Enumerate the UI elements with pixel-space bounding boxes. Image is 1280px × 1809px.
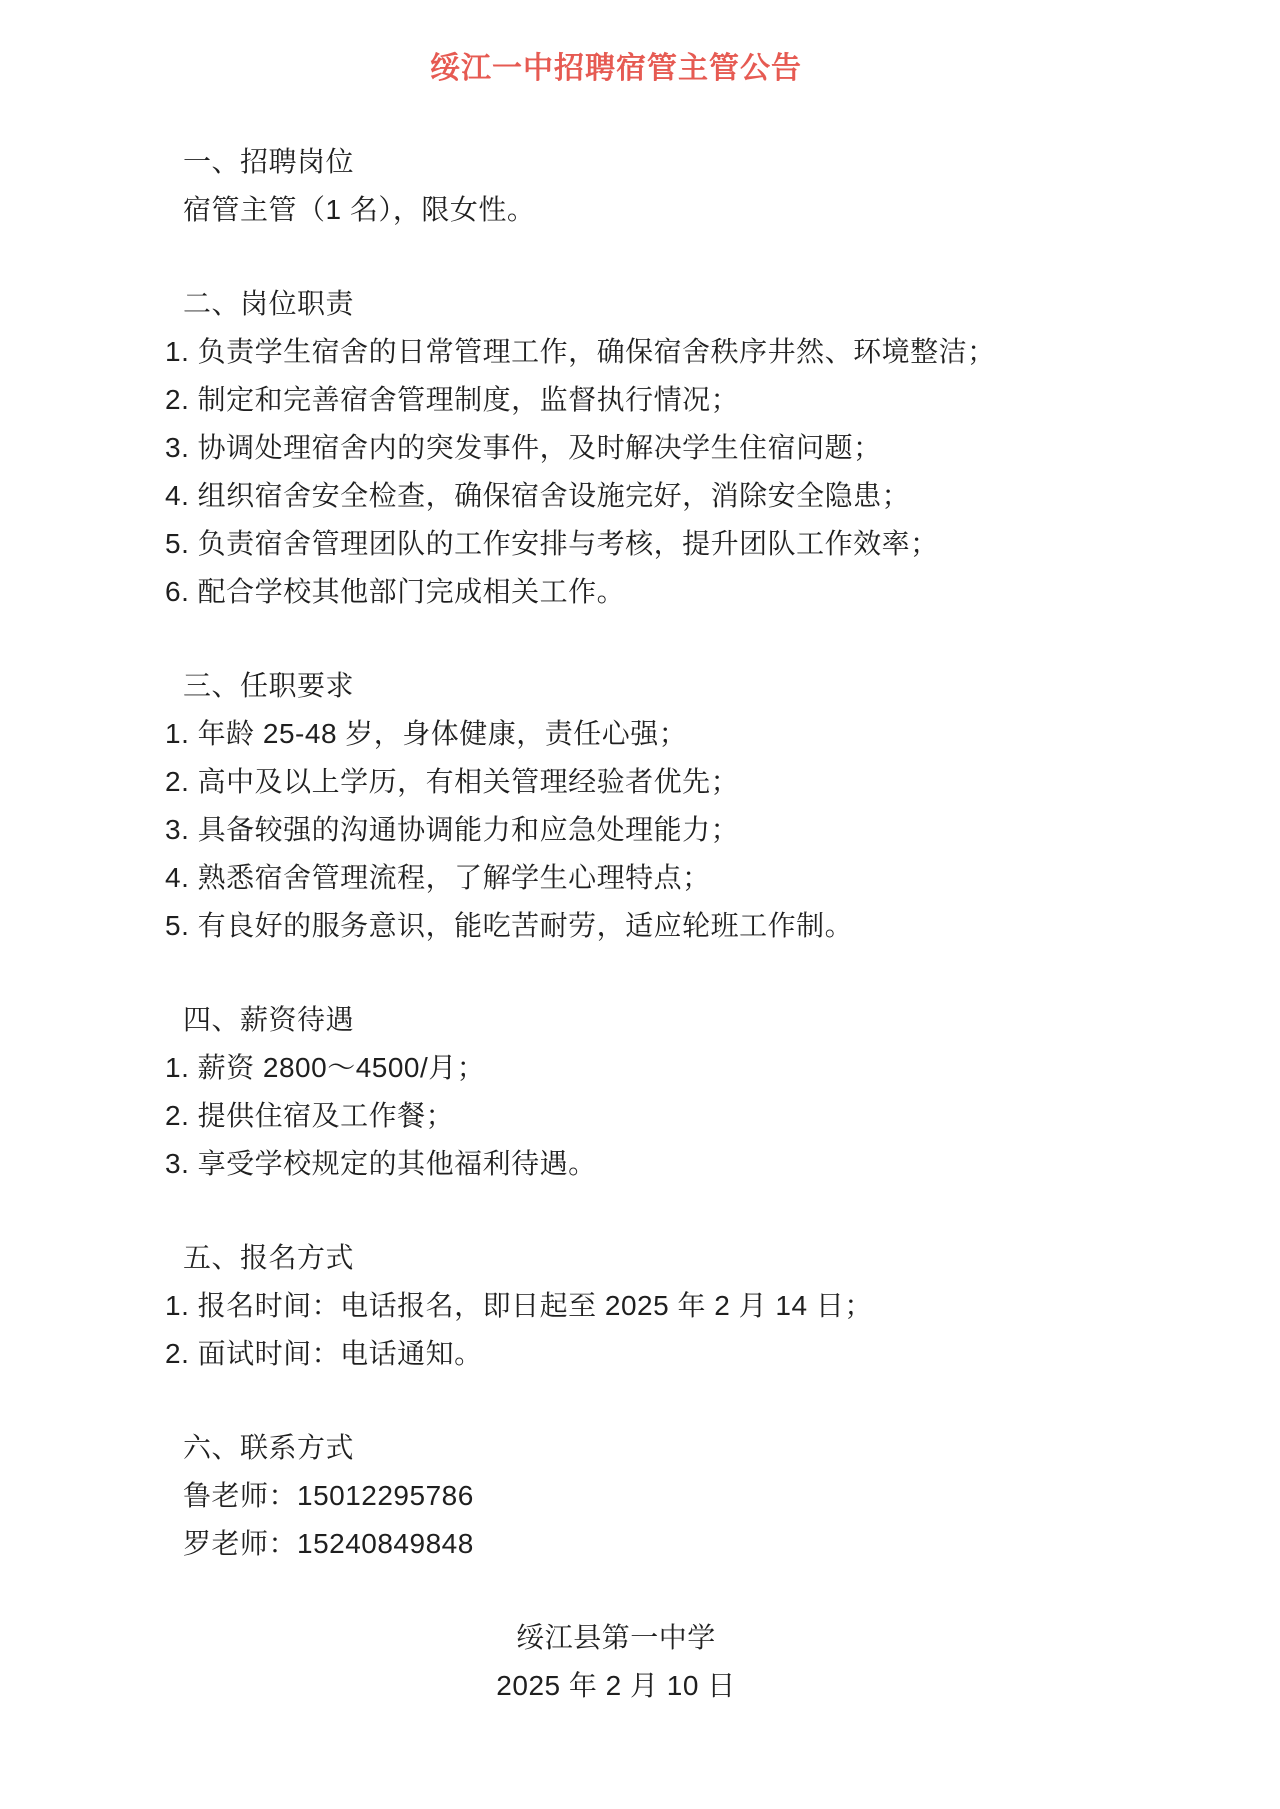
- section-heading: 六、联系方式: [183, 1424, 1130, 1472]
- section-recruitment-position: 一、招聘岗位 宿管主管（1 名），限女性。: [183, 138, 1130, 234]
- section-heading: 五、报名方式: [183, 1234, 1130, 1282]
- requirement-item: 5. 有良好的服务意识，能吃苦耐劳，适应轮班工作制。: [165, 902, 1130, 950]
- duty-item: 6. 配合学校其他部门完成相关工作。: [165, 568, 1130, 616]
- position-line: 宿管主管（1 名），限女性。: [183, 186, 1130, 234]
- section-heading: 一、招聘岗位: [183, 138, 1130, 186]
- section-salary: 四、薪资待遇 1. 薪资 2800～4500/月； 2. 提供住宿及工作餐； 3…: [183, 996, 1130, 1188]
- section-application: 五、报名方式 1. 报名时间：电话报名，即日起至 2025 年 2 月 14 日…: [183, 1234, 1130, 1378]
- salary-item: 3. 享受学校规定的其他福利待遇。: [165, 1140, 1130, 1188]
- contact-line: 鲁老师：15012295786: [183, 1472, 1130, 1520]
- requirement-item: 1. 年龄 25-48 岁，身体健康，责任心强；: [165, 710, 1130, 758]
- duty-item: 5. 负责宿舍管理团队的工作安排与考核，提升团队工作效率；: [165, 520, 1130, 568]
- duty-item: 3. 协调处理宿舍内的突发事件，及时解决学生住宿问题；: [165, 424, 1130, 472]
- application-item: 1. 报名时间：电话报名，即日起至 2025 年 2 月 14 日；: [165, 1282, 1130, 1330]
- contact-line: 罗老师：15240849848: [183, 1520, 1130, 1568]
- document-body: 一、招聘岗位 宿管主管（1 名），限女性。 二、岗位职责 1. 负责学生宿舍的日…: [0, 138, 1280, 1568]
- signature-date: 2025 年 2 月 10 日: [0, 1662, 1232, 1710]
- section-requirements: 三、任职要求 1. 年龄 25-48 岁，身体健康，责任心强； 2. 高中及以上…: [183, 662, 1130, 950]
- requirement-item: 2. 高中及以上学历，有相关管理经验者优先；: [165, 758, 1130, 806]
- section-heading: 二、岗位职责: [183, 280, 1130, 328]
- duty-item: 2. 制定和完善宿舍管理制度，监督执行情况；: [165, 376, 1130, 424]
- page-title: 绥江一中招聘宿管主管公告: [0, 46, 1232, 92]
- section-contact: 六、联系方式 鲁老师：15012295786 罗老师：15240849848: [183, 1424, 1130, 1568]
- duty-item: 1. 负责学生宿舍的日常管理工作，确保宿舍秩序井然、环境整洁；: [165, 328, 1130, 376]
- duty-item: 4. 组织宿舍安全检查，确保宿舍设施完好，消除安全隐患；: [165, 472, 1130, 520]
- salary-item: 2. 提供住宿及工作餐；: [165, 1092, 1130, 1140]
- signature-block: 绥江县第一中学 2025 年 2 月 10 日: [0, 1614, 1232, 1710]
- application-item: 2. 面试时间：电话通知。: [165, 1330, 1130, 1378]
- requirement-item: 4. 熟悉宿舍管理流程，了解学生心理特点；: [165, 854, 1130, 902]
- section-heading: 三、任职要求: [183, 662, 1130, 710]
- signature-org: 绥江县第一中学: [0, 1614, 1232, 1662]
- salary-item: 1. 薪资 2800～4500/月；: [165, 1044, 1130, 1092]
- document-page: 绥江一中招聘宿管主管公告 一、招聘岗位 宿管主管（1 名），限女性。 二、岗位职…: [0, 0, 1280, 1809]
- section-heading: 四、薪资待遇: [183, 996, 1130, 1044]
- section-job-duties: 二、岗位职责 1. 负责学生宿舍的日常管理工作，确保宿舍秩序井然、环境整洁； 2…: [183, 280, 1130, 616]
- requirement-item: 3. 具备较强的沟通协调能力和应急处理能力；: [165, 806, 1130, 854]
